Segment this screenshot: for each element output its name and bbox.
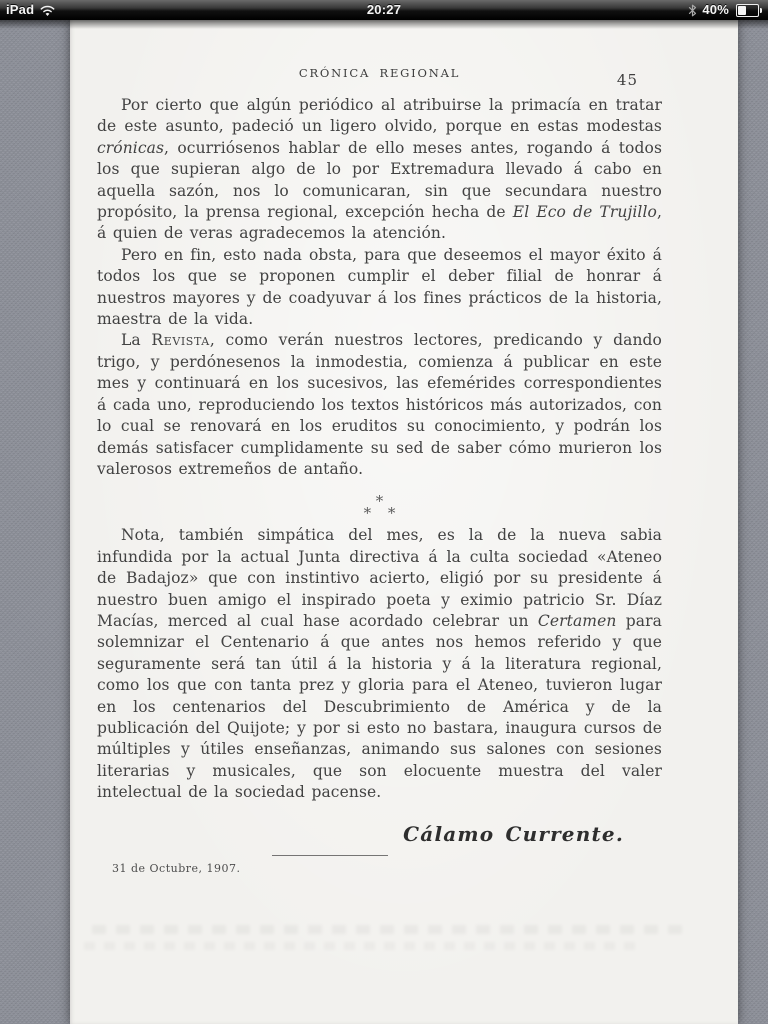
show-through-artifact — [92, 925, 692, 934]
page-body: Por cierto que algún periódico al atribu… — [97, 95, 662, 875]
battery-icon — [736, 4, 762, 17]
status-bar-left: iPad — [6, 0, 56, 20]
footer-rule — [272, 855, 388, 856]
paragraph-group-top: Por cierto que algún periódico al atribu… — [97, 95, 662, 480]
text-run: Pero en fin, esto nada obsta, para que d… — [97, 246, 662, 328]
text-run: para solemnizar el Centenario á que ante… — [97, 612, 662, 801]
italic-run: crónicas — [97, 139, 164, 157]
status-bar: iPad 20:27 40% — [0, 0, 768, 20]
wifi-icon — [39, 4, 56, 17]
battery-percent-label: 40% — [702, 0, 729, 20]
paragraph: Pero en fin, esto nada obsta, para que d… — [97, 245, 662, 331]
small-caps-run: Revista — [151, 331, 209, 349]
date-line: 31 de Octubre, 1907. — [97, 862, 662, 875]
paragraph-group-bottom: Nota, también simpática del mes, es la d… — [97, 525, 662, 803]
battery-nub — [760, 8, 762, 13]
page-inner: CRÓNICA REGIONAL 45 Por cierto que algún… — [70, 64, 738, 875]
asterisk-glyph: * — [364, 509, 372, 518]
device-label: iPad — [6, 0, 34, 20]
paragraph: La Revista, como verán nuestros lectores… — [97, 330, 662, 480]
reader-background: CRÓNICA REGIONAL 45 Por cierto que algún… — [0, 20, 768, 1024]
asterism: * * * — [97, 497, 662, 518]
paragraph: Por cierto que algún periódico al atribu… — [97, 95, 662, 245]
page-header: CRÓNICA REGIONAL 45 — [97, 64, 662, 86]
show-through-artifact — [84, 942, 644, 950]
text-run: , como verán nuestros lectores, predican… — [97, 331, 662, 477]
text-run: Por cierto que algún periódico al atribu… — [97, 96, 662, 135]
page-number: 45 — [617, 71, 638, 89]
italic-run: Certamen — [538, 612, 617, 630]
italic-run: El Eco de Trujillo — [513, 203, 657, 221]
ipad-screen: iPad 20:27 40% — [0, 0, 768, 1024]
running-header: CRÓNICA REGIONAL — [299, 66, 460, 80]
paragraph: Nota, también simpática del mes, es la d… — [97, 525, 662, 803]
status-bar-right: 40% — [688, 0, 762, 20]
clock: 20:27 — [367, 2, 401, 17]
asterism-bottom-row: * * — [358, 509, 402, 518]
battery-fill — [738, 6, 746, 15]
battery-body — [736, 4, 759, 17]
asterisk-glyph: * — [388, 509, 396, 518]
book-page[interactable]: CRÓNICA REGIONAL 45 Por cierto que algún… — [70, 20, 738, 1024]
text-run: La — [121, 331, 151, 349]
bluetooth-icon — [688, 4, 697, 17]
status-bar-clock-wrap: 20:27 — [367, 0, 401, 20]
signature: Cálamo Currente. — [97, 822, 662, 846]
